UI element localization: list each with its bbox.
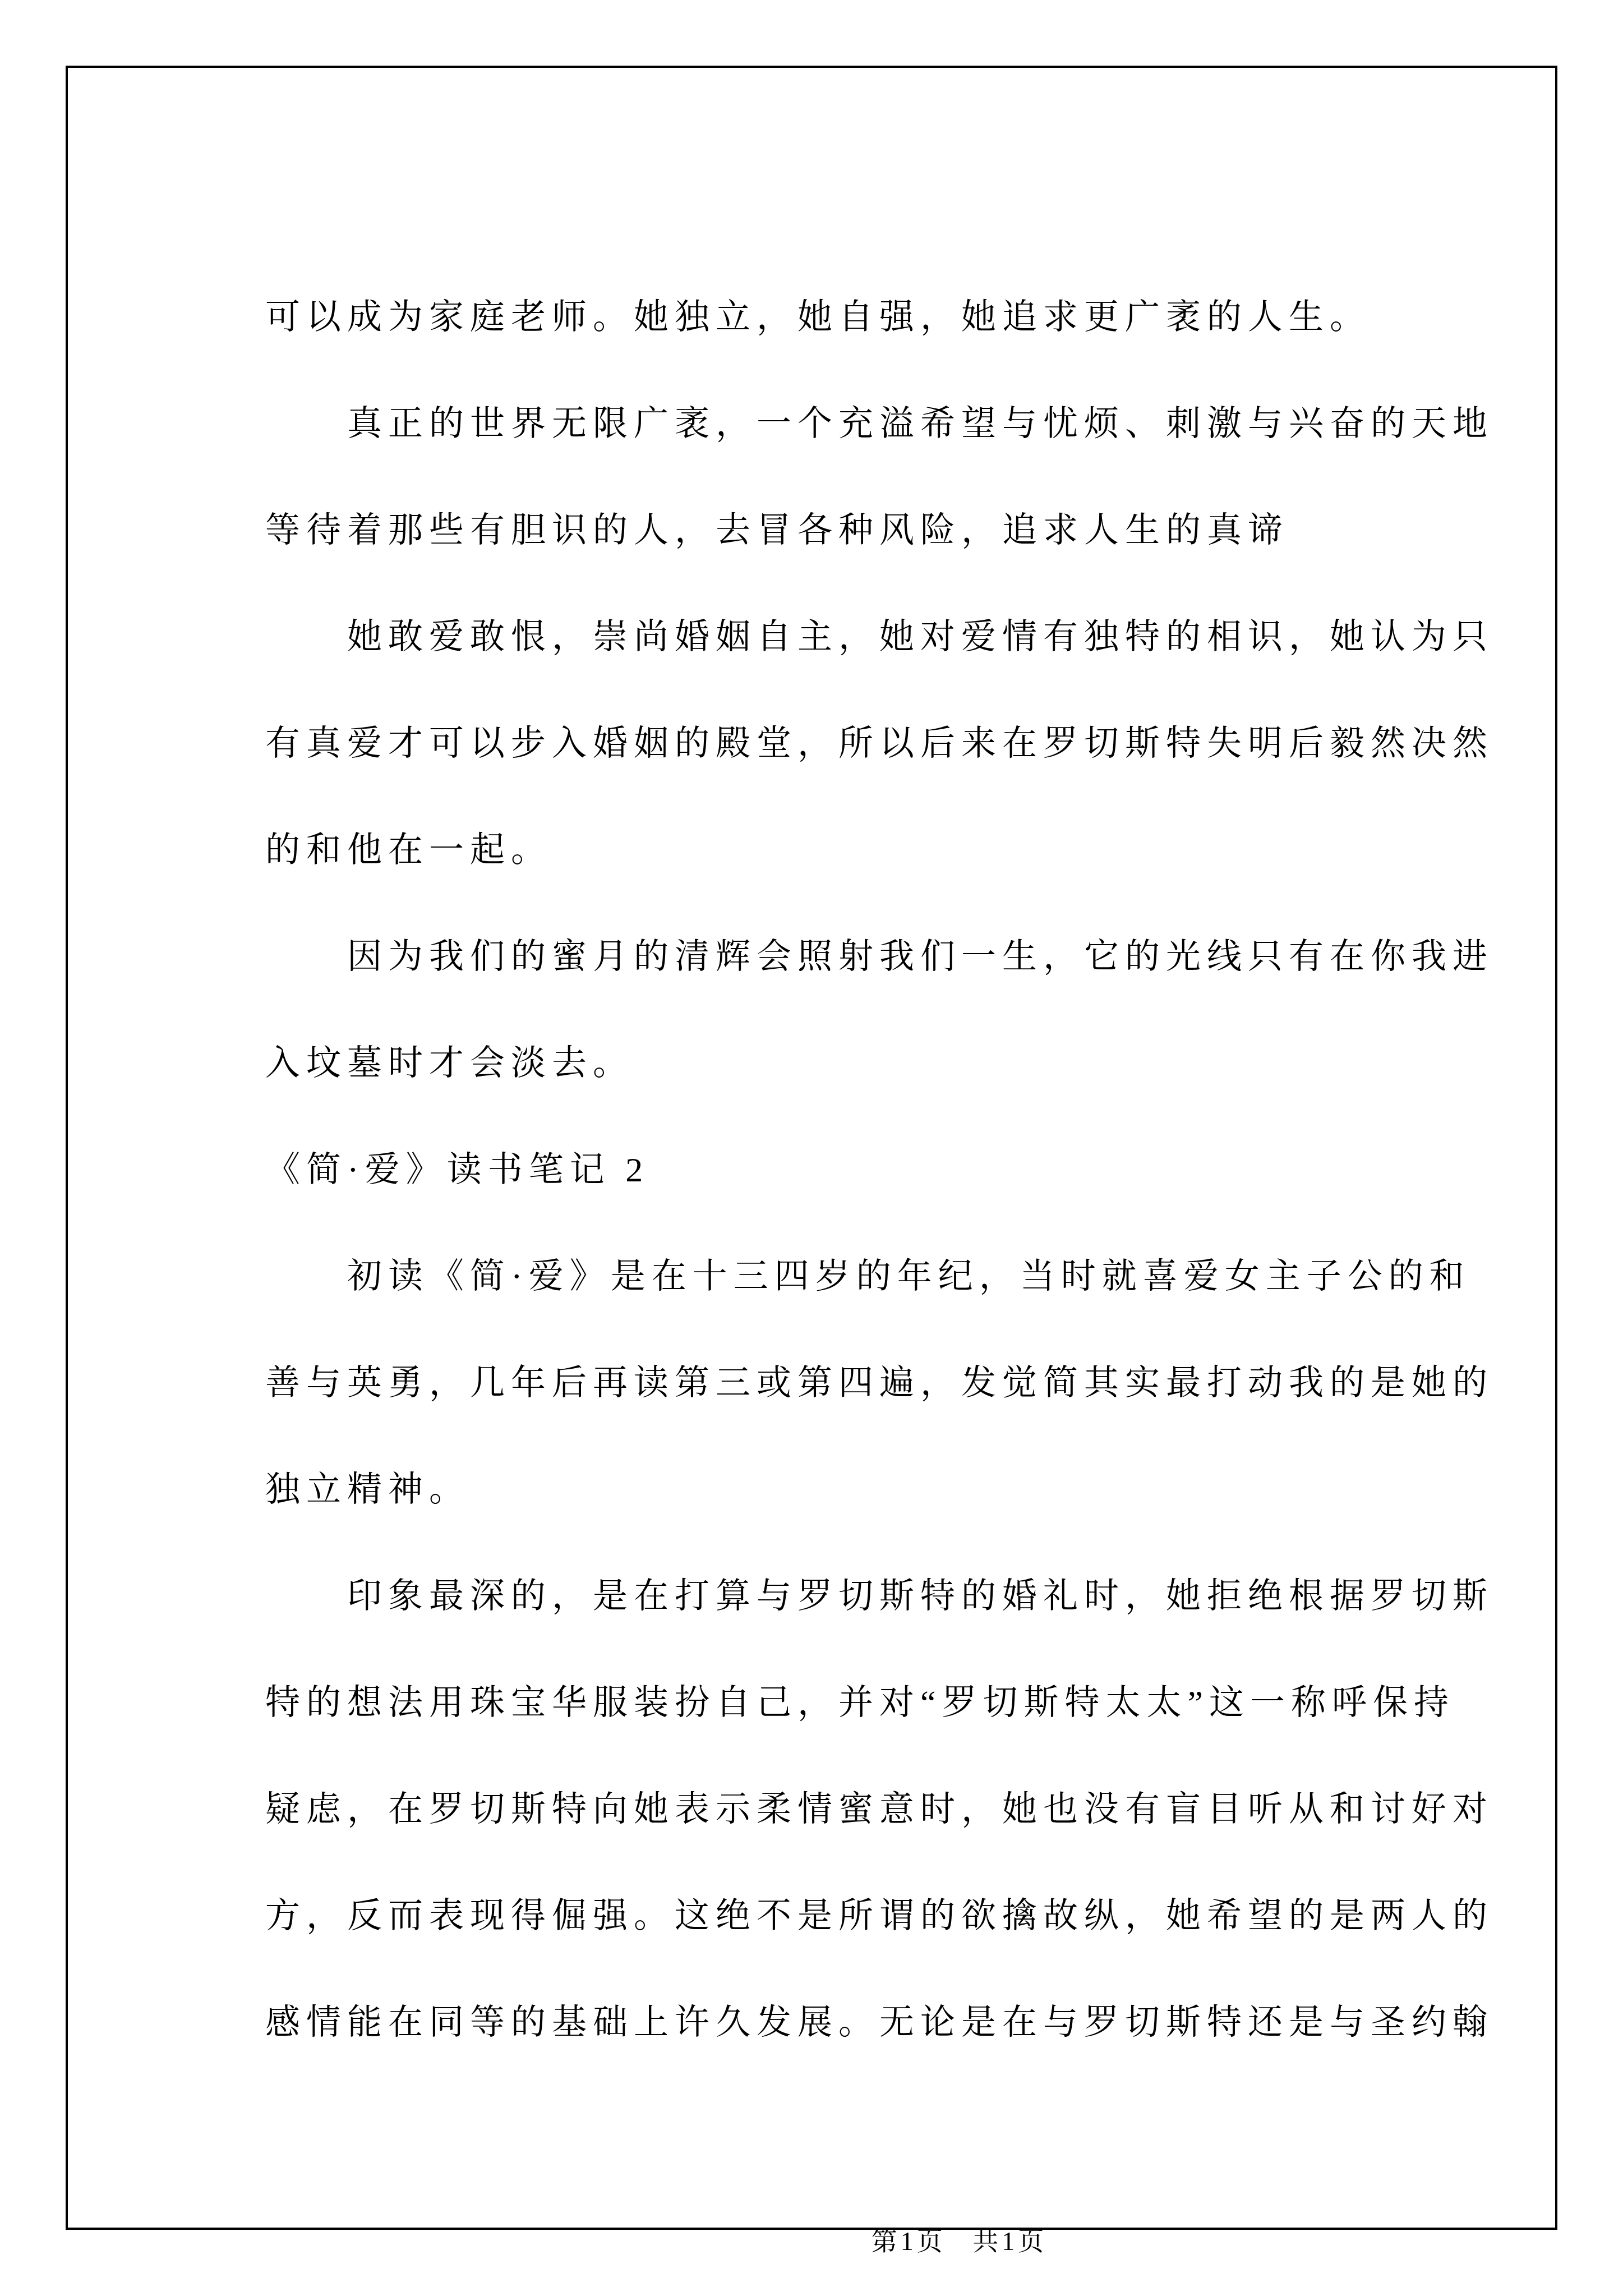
text-line: 方，反而表现得倔强。这绝不是所谓的欲擒故纵，她希望的是两人的: [265, 1898, 1499, 2004]
text-line: 《简·爱》读书笔记 2: [265, 1152, 1499, 1258]
text-line: 等待着那些有胆识的人，去冒各种风险，追求人生的真谛: [265, 512, 1499, 619]
text-line: 特的想法用珠宝华服装扮自己，并对“罗切斯特太太”这一称呼保持: [265, 1685, 1499, 1791]
page-footer: 第1页 共1页: [133, 2200, 1623, 2284]
text-line: 真正的世界无限广袤，一个充溢希望与忧烦、刺激与兴奋的天地: [265, 406, 1499, 512]
text-line: 善与英勇，几年后再读第三或第四遍，发觉简其实最打动我的是她的: [265, 1365, 1499, 1471]
text-line: 因为我们的蜜月的清辉会照射我们一生，它的光线只有在你我进: [265, 938, 1499, 1045]
document-page: 可以成为家庭老师。她独立，她自强，她追求更广袤的人生。真正的世界无限广袤，一个充…: [0, 0, 1623, 2296]
text-line: 独立精神。: [265, 1471, 1499, 1578]
text-line: 可以成为家庭老师。她独立，她自强，她追求更广袤的人生。: [265, 299, 1499, 406]
text-line: 疑虑，在罗切斯特向她表示柔情蜜意时，她也没有盲目听从和讨好对: [265, 1791, 1499, 1898]
page-number-text: 第1页 共1页: [872, 2227, 1048, 2256]
document-text-block: 可以成为家庭老师。她独立，她自强，她追求更广袤的人生。真正的世界无限广袤，一个充…: [265, 299, 1499, 2111]
text-line: 入坟墓时才会淡去。: [265, 1045, 1499, 1152]
text-line: 印象最深的，是在打算与罗切斯特的婚礼时，她拒绝根据罗切斯: [265, 1578, 1499, 1685]
page-border-frame: 可以成为家庭老师。她独立，她自强，她追求更广袤的人生。真正的世界无限广袤，一个充…: [66, 66, 1557, 2230]
text-line: 初读《简·爱》是在十三四岁的年纪，当时就喜爱女主子公的和: [265, 1258, 1499, 1365]
text-line: 有真爱才可以步入婚姻的殿堂，所以后来在罗切斯特失明后毅然决然: [265, 725, 1499, 832]
text-line: 她敢爱敢恨，崇尚婚姻自主，她对爱情有独特的相识，她认为只: [265, 619, 1499, 725]
text-line: 感情能在同等的基础上许久发展。无论是在与罗切斯特还是与圣约翰: [265, 2004, 1499, 2111]
text-line: 的和他在一起。: [265, 832, 1499, 938]
